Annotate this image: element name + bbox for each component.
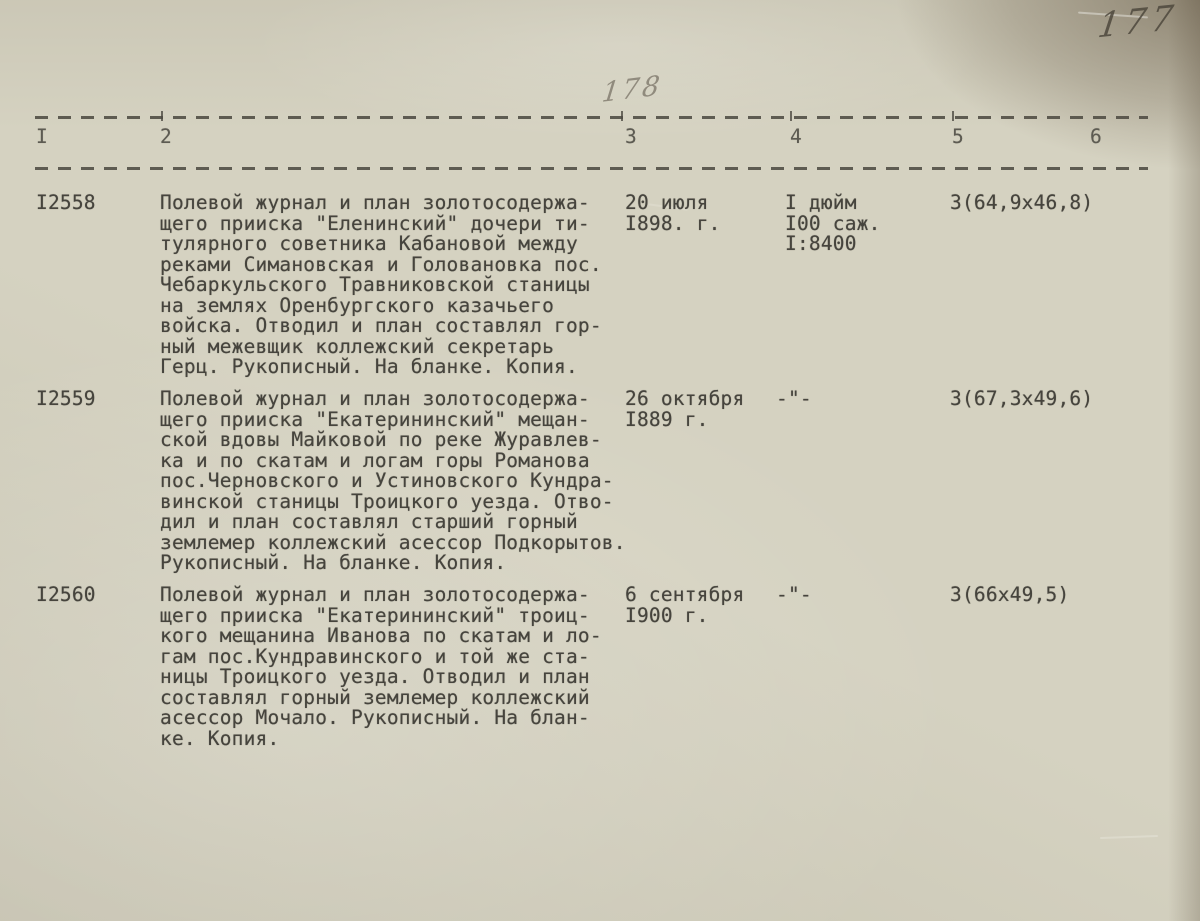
entry-date: 26 октября I889 г. xyxy=(625,389,744,430)
entry-date: 6 сентября I900 г. xyxy=(625,585,744,626)
entry-scale-ditto: -"- xyxy=(776,585,812,606)
column-header-1: I xyxy=(36,127,48,148)
column-header-3: 3 xyxy=(625,127,637,148)
entry-date: 20 июля I898. г. xyxy=(625,193,721,234)
handwritten-folio-number: 177 xyxy=(1095,0,1180,47)
archive-scanned-page: 177 178 I 2 3 4 5 6 I2558 Полевой журнал… xyxy=(0,0,1200,921)
entry-dimensions: 3(66х49,5) xyxy=(950,585,1069,606)
column-header-2: 2 xyxy=(160,127,172,148)
column-header-4: 4 xyxy=(790,127,802,148)
entry-number: I2560 xyxy=(36,585,96,606)
column-tick xyxy=(790,111,792,121)
entry-dimensions: 3(64,9х46,8) xyxy=(950,193,1093,214)
entry-description: Полевой журнал и план золотосодержа- щег… xyxy=(160,193,660,378)
handwritten-page-note: 178 xyxy=(600,70,664,109)
column-tick xyxy=(952,111,954,121)
column-tick xyxy=(621,111,623,121)
column-header-5: 5 xyxy=(952,127,964,148)
entry-scale: I дюйм I00 саж. I:8400 xyxy=(785,193,881,255)
entry-number: I2558 xyxy=(36,193,96,214)
scan-scratch xyxy=(1100,835,1158,839)
table-rule-top xyxy=(35,116,1148,119)
table-rule-bottom xyxy=(35,167,1148,170)
entry-description: Полевой журнал и план золотосодержа- щег… xyxy=(160,585,660,749)
entry-scale-ditto: -"- xyxy=(776,389,812,410)
column-tick xyxy=(161,111,163,121)
entry-dimensions: 3(67,3х49,6) xyxy=(950,389,1093,410)
column-header-6: 6 xyxy=(1090,127,1102,148)
entry-number: I2559 xyxy=(36,389,96,410)
entry-description: Полевой журнал и план золотосодержа- щег… xyxy=(160,389,660,574)
